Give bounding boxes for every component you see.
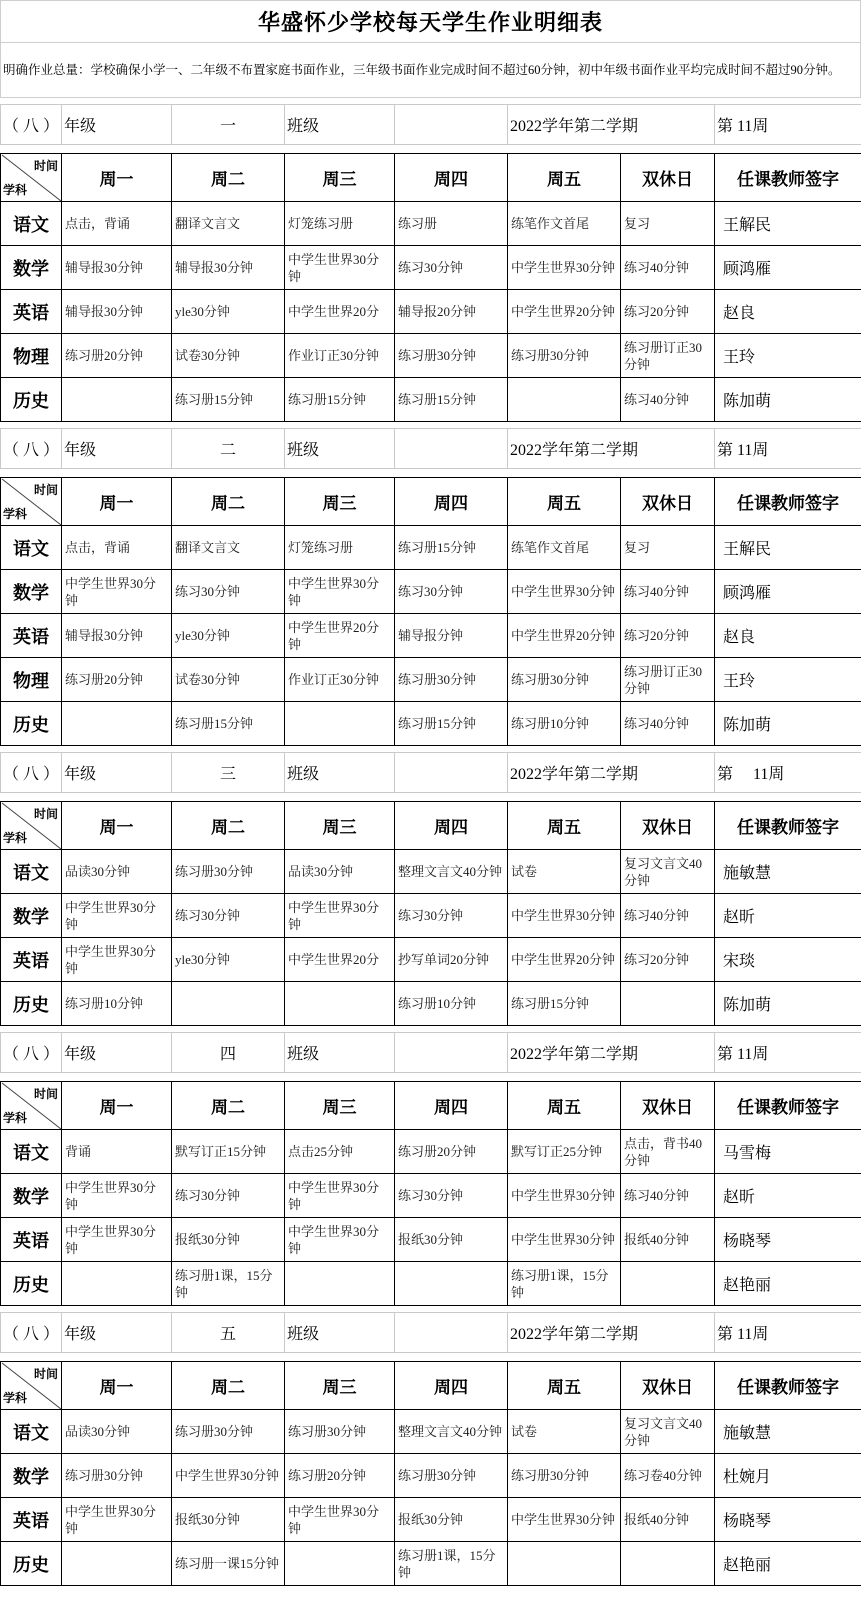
- homework-cell: 默写订正15分钟: [172, 1130, 285, 1174]
- class-number: 四: [172, 1033, 285, 1073]
- table-row: 语文 点击，背诵 翻译文言文 灯笼练习册 练习册15分钟 练笔作文首尾 复习 王…: [1, 526, 861, 570]
- homework-cell: 练习册30分钟: [395, 334, 508, 378]
- col-header-tue: 周二: [172, 478, 285, 526]
- class-info-row: （ 八 ） 年级 一 班级 2022学年第二学期 第 11周: [1, 105, 861, 145]
- homework-cell: 练习30分钟: [395, 1174, 508, 1218]
- col-header-wed: 周三: [285, 478, 395, 526]
- homework-cell: 试卷30分钟: [172, 334, 285, 378]
- homework-cell: 中学生世界20分钟: [285, 614, 395, 658]
- grade-paren: （ 八 ）: [1, 105, 62, 145]
- subject-cell: 英语: [1, 1218, 62, 1262]
- col-header-teacher: 任课教师签字: [715, 1082, 861, 1130]
- subject-cell: 物理: [1, 334, 62, 378]
- grade-paren: （ 八 ）: [1, 1033, 62, 1073]
- homework-cell: 报纸30分钟: [395, 1498, 508, 1542]
- homework-cell: 辅导报30分钟: [172, 246, 285, 290]
- homework-cell: 练习册一课15分钟: [172, 1542, 285, 1586]
- class-info-strip: （ 八 ） 年级 二 班级 2022学年第二学期 第 11周: [0, 428, 861, 469]
- homework-cell: 中学生世界20分钟: [508, 614, 621, 658]
- homework-cell: 报纸30分钟: [395, 1218, 508, 1262]
- teacher-cell: 赵昕: [715, 1174, 861, 1218]
- homework-cell: 练习册20分钟: [62, 658, 172, 702]
- rows-host: 语文 点击，背诵 翻译文言文 灯笼练习册 练习册 练笔作文首尾 复习 王解民 数…: [1, 202, 861, 422]
- col-header-tue: 周二: [172, 1362, 285, 1410]
- col-header-mon: 周一: [62, 154, 172, 202]
- semester-label: 2022学年第二学期: [508, 1313, 715, 1353]
- table-row: 历史 练习册一课15分钟 练习册1课，15分钟 赵艳丽: [1, 1542, 861, 1586]
- homework-cell: 练习20分钟: [621, 938, 715, 982]
- subject-cell: 数学: [1, 1174, 62, 1218]
- header-row: 时间 学科 周一 周二 周三 周四 周五 双休日 任课教师签字: [1, 1082, 861, 1130]
- homework-cell: 中学生世界30分钟: [285, 246, 395, 290]
- homework-cell: 抄写单词20分钟: [395, 938, 508, 982]
- title-row: 华盛怀少学校每天学生作业明细表: [0, 0, 861, 42]
- homework-cell: 练习册: [395, 202, 508, 246]
- homework-cell: 点击，背书40分钟: [621, 1130, 715, 1174]
- homework-cell: 中学生世界30分钟: [62, 1218, 172, 1262]
- table-row: 数学 中学生世界30分钟 练习30分钟 中学生世界30分钟 练习30分钟 中学生…: [1, 894, 861, 938]
- rows-host: 语文 背诵 默写订正15分钟 点击25分钟 练习册20分钟 默写订正25分钟 点…: [1, 1130, 861, 1306]
- subject-cell: 英语: [1, 290, 62, 334]
- class-number: 一: [172, 105, 285, 145]
- teacher-cell: 顾鸿雁: [715, 246, 861, 290]
- homework-cell: 灯笼练习册: [285, 202, 395, 246]
- homework-cell: 中学生世界30分钟: [62, 894, 172, 938]
- homework-cell: 练习30分钟: [172, 1174, 285, 1218]
- homework-cell: 中学生世界30分钟: [508, 1218, 621, 1262]
- corner-time-label: 时间: [34, 805, 58, 822]
- homework-cell: 翻译文言文: [172, 202, 285, 246]
- col-header-teacher: 任课教师签字: [715, 478, 861, 526]
- homework-cell: [285, 1542, 395, 1586]
- class-number: 五: [172, 1313, 285, 1353]
- col-header-thu: 周四: [395, 802, 508, 850]
- homework-cell: 练习40分钟: [621, 702, 715, 746]
- teacher-cell: 杨晓琴: [715, 1218, 861, 1262]
- subject-cell: 英语: [1, 1498, 62, 1542]
- homework-cell: 练习册10分钟: [395, 982, 508, 1026]
- table-row: 语文 品读30分钟 练习册30分钟 练习册30分钟 整理文言文40分钟 试卷 复…: [1, 1410, 861, 1454]
- table-row: 语文 点击，背诵 翻译文言文 灯笼练习册 练习册 练笔作文首尾 复习 王解民: [1, 202, 861, 246]
- homework-cell: [285, 982, 395, 1026]
- homework-cell: [62, 702, 172, 746]
- homework-cell: 练习册30分钟: [395, 1454, 508, 1498]
- homework-table: 时间 学科 周一 周二 周三 周四 周五 双休日 任课教师签字 语文 品读30分…: [0, 1361, 861, 1586]
- class-label: 班级: [285, 105, 395, 145]
- teacher-cell: 赵良: [715, 290, 861, 334]
- homework-cell: 练习册30分钟: [62, 1454, 172, 1498]
- col-header-teacher: 任课教师签字: [715, 1362, 861, 1410]
- teacher-cell: 杜婉月: [715, 1454, 861, 1498]
- semester-label: 2022学年第二学期: [508, 429, 715, 469]
- class-section: （ 八 ） 年级 三 班级 2022学年第二学期 第 11周: [0, 752, 861, 1026]
- homework-cell: 辅导报30分钟: [62, 246, 172, 290]
- homework-cell: 品读30分钟: [285, 850, 395, 894]
- header-row: 时间 学科 周一 周二 周三 周四 周五 双休日 任课教师签字: [1, 1362, 861, 1410]
- week-label: 第 11周: [715, 1313, 861, 1353]
- subject-cell: 语文: [1, 202, 62, 246]
- homework-cell: 中学生世界30分钟: [508, 894, 621, 938]
- rows-host: 语文 点击，背诵 翻译文言文 灯笼练习册 练习册15分钟 练笔作文首尾 复习 王…: [1, 526, 861, 746]
- subject-cell: 历史: [1, 1262, 62, 1306]
- grade-label: 年级: [62, 1033, 172, 1073]
- teacher-cell: 顾鸿雁: [715, 570, 861, 614]
- table-row: 英语 辅导报30分钟 yle30分钟 中学生世界20分钟 辅导报分钟 中学生世界…: [1, 614, 861, 658]
- subject-cell: 历史: [1, 1542, 62, 1586]
- table-row: 语文 背诵 默写订正15分钟 点击25分钟 练习册20分钟 默写订正25分钟 点…: [1, 1130, 861, 1174]
- table-row: 物理 练习册20分钟 试卷30分钟 作业订正30分钟 练习册30分钟 练习册30…: [1, 658, 861, 702]
- homework-cell: 点击，背诵: [62, 526, 172, 570]
- col-header-teacher: 任课教师签字: [715, 802, 861, 850]
- grade-label: 年级: [62, 1313, 172, 1353]
- col-header-fri: 周五: [508, 478, 621, 526]
- subject-cell: 语文: [1, 526, 62, 570]
- teacher-cell: 陈加萌: [715, 378, 861, 422]
- homework-cell: 点击25分钟: [285, 1130, 395, 1174]
- col-header-mon: 周一: [62, 1362, 172, 1410]
- col-header-weekend: 双休日: [621, 478, 715, 526]
- homework-cell: 练习册15分钟: [395, 378, 508, 422]
- homework-cell: 复习: [621, 526, 715, 570]
- homework-cell: [62, 378, 172, 422]
- table-row: 英语 中学生世界30分钟 yle30分钟 中学生世界20分 抄写单词20分钟 中…: [1, 938, 861, 982]
- homework-cell: 中学生世界30分钟: [508, 570, 621, 614]
- teacher-cell: 王解民: [715, 526, 861, 570]
- grade-label: 年级: [62, 105, 172, 145]
- class-label: 班级: [285, 429, 395, 469]
- col-header-mon: 周一: [62, 802, 172, 850]
- class-info-strip: （ 八 ） 年级 五 班级 2022学年第二学期 第 11周: [0, 1312, 861, 1353]
- homework-cell: 点击，背诵: [62, 202, 172, 246]
- homework-cell: [621, 982, 715, 1026]
- homework-cell: 练习40分钟: [621, 246, 715, 290]
- homework-cell: 灯笼练习册: [285, 526, 395, 570]
- teacher-cell: 宋琰: [715, 938, 861, 982]
- semester-label: 2022学年第二学期: [508, 105, 715, 145]
- homework-cell: 练习册30分钟: [395, 658, 508, 702]
- homework-cell: 报纸40分钟: [621, 1498, 715, 1542]
- subject-cell: 英语: [1, 938, 62, 982]
- homework-cell: 背诵: [62, 1130, 172, 1174]
- homework-cell: 中学生世界30分钟: [508, 246, 621, 290]
- subject-cell: 语文: [1, 1130, 62, 1174]
- corner-time-label: 时间: [34, 1085, 58, 1102]
- header-row: 时间 学科 周一 周二 周三 周四 周五 双休日 任课教师签字: [1, 154, 861, 202]
- homework-cell: 练习30分钟: [395, 894, 508, 938]
- homework-cell: 练习册30分钟: [172, 1410, 285, 1454]
- class-label: 班级: [285, 1033, 395, 1073]
- table-row: 英语 辅导报30分钟 yle30分钟 中学生世界20分 辅导报20分钟 中学生世…: [1, 290, 861, 334]
- teacher-cell: 马雪梅: [715, 1130, 861, 1174]
- homework-cell: 报纸30分钟: [172, 1498, 285, 1542]
- homework-cell: 练习册30分钟: [508, 1454, 621, 1498]
- note-text: 明确作业总量：学校确保小学一、二年级不布置家庭书面作业，三年级书面作业完成时间不…: [3, 63, 841, 78]
- subject-cell: 数学: [1, 570, 62, 614]
- homework-cell: 练习册10分钟: [508, 702, 621, 746]
- homework-cell: 练习册15分钟: [395, 526, 508, 570]
- class-number: 三: [172, 753, 285, 793]
- homework-cell: [62, 1262, 172, 1306]
- grade-label: 年级: [62, 429, 172, 469]
- homework-cell: 练习40分钟: [621, 570, 715, 614]
- homework-cell: 作业订正30分钟: [285, 658, 395, 702]
- homework-cell: yle30分钟: [172, 614, 285, 658]
- col-header-thu: 周四: [395, 1362, 508, 1410]
- homework-cell: 中学生世界30分钟: [508, 1174, 621, 1218]
- grade-paren: （ 八 ）: [1, 429, 62, 469]
- col-header-wed: 周三: [285, 1082, 395, 1130]
- page-title: 华盛怀少学校每天学生作业明细表: [258, 6, 603, 37]
- class-info-strip: （ 八 ） 年级 四 班级 2022学年第二学期 第 11周: [0, 1032, 861, 1073]
- table-row: 数学 中学生世界30分钟 练习30分钟 中学生世界30分钟 练习30分钟 中学生…: [1, 570, 861, 614]
- homework-cell: 中学生世界30分钟: [285, 894, 395, 938]
- teacher-cell: 陈加萌: [715, 982, 861, 1026]
- subject-cell: 历史: [1, 702, 62, 746]
- subject-cell: 语文: [1, 850, 62, 894]
- subject-cell: 数学: [1, 1454, 62, 1498]
- homework-cell: [172, 982, 285, 1026]
- table-row: 历史 练习册10分钟 练习册10分钟 练习册15分钟 陈加萌: [1, 982, 861, 1026]
- week-label: 第 11周: [715, 429, 861, 469]
- homework-cell: 练习册15分钟: [285, 378, 395, 422]
- homework-cell: 练习册30分钟: [172, 850, 285, 894]
- homework-cell: [62, 1542, 172, 1586]
- homework-cell: 辅导报30分钟: [62, 614, 172, 658]
- homework-cell: 试卷: [508, 1410, 621, 1454]
- subject-cell: 语文: [1, 1410, 62, 1454]
- class-number: 二: [172, 429, 285, 469]
- teacher-cell: 王玲: [715, 334, 861, 378]
- homework-cell: 练习册15分钟: [395, 702, 508, 746]
- homework-cell: 报纸40分钟: [621, 1218, 715, 1262]
- col-header-mon: 周一: [62, 1082, 172, 1130]
- col-header-thu: 周四: [395, 478, 508, 526]
- homework-cell: 练习20分钟: [621, 290, 715, 334]
- homework-cell: 练习册15分钟: [172, 702, 285, 746]
- class-section: （ 八 ） 年级 四 班级 2022学年第二学期 第 11周: [0, 1032, 861, 1306]
- class-label: 班级: [285, 1313, 395, 1353]
- homework-cell: yle30分钟: [172, 938, 285, 982]
- semester-label: 2022学年第二学期: [508, 1033, 715, 1073]
- class-number-blank: [395, 105, 508, 145]
- homework-cell: 练习30分钟: [395, 246, 508, 290]
- class-info-row: （ 八 ） 年级 五 班级 2022学年第二学期 第 11周: [1, 1313, 861, 1353]
- week-label: 第 11周: [715, 753, 861, 793]
- col-header-tue: 周二: [172, 1082, 285, 1130]
- homework-cell: 复习文言文40分钟: [621, 850, 715, 894]
- homework-cell: 试卷30分钟: [172, 658, 285, 702]
- homework-cell: 练习册15分钟: [508, 982, 621, 1026]
- homework-cell: 练习册1课，15分钟: [395, 1542, 508, 1586]
- homework-cell: 练习20分钟: [621, 614, 715, 658]
- table-row: 英语 中学生世界30分钟 报纸30分钟 中学生世界30分钟 报纸30分钟 中学生…: [1, 1498, 861, 1542]
- homework-cell: 中学生世界30分钟: [172, 1454, 285, 1498]
- homework-cell: 辅导报30分钟: [62, 290, 172, 334]
- header-row: 时间 学科 周一 周二 周三 周四 周五 双休日 任课教师签字: [1, 478, 861, 526]
- homework-cell: 中学生世界30分钟: [62, 570, 172, 614]
- homework-cell: 练笔作文首尾: [508, 526, 621, 570]
- teacher-cell: 赵良: [715, 614, 861, 658]
- homework-cell: 复习: [621, 202, 715, 246]
- teacher-cell: 杨晓琴: [715, 1498, 861, 1542]
- corner-cell: 时间 学科: [1, 478, 62, 526]
- homework-cell: 辅导报20分钟: [395, 290, 508, 334]
- corner-time-label: 时间: [34, 1365, 58, 1382]
- homework-cell: 整理文言文40分钟: [395, 850, 508, 894]
- table-row: 历史 练习册1课，15分钟 练习册1课，15分钟 赵艳丽: [1, 1262, 861, 1306]
- homework-cell: 整理文言文40分钟: [395, 1410, 508, 1454]
- homework-cell: 练习册订正30分钟: [621, 334, 715, 378]
- rows-host: 语文 品读30分钟 练习册30分钟 品读30分钟 整理文言文40分钟 试卷 复习…: [1, 850, 861, 1026]
- col-header-fri: 周五: [508, 1082, 621, 1130]
- col-header-teacher: 任课教师签字: [715, 154, 861, 202]
- homework-cell: 中学生世界30分钟: [508, 1498, 621, 1542]
- corner-subject-label: 学科: [3, 181, 27, 198]
- homework-cell: [508, 378, 621, 422]
- class-info-strip: （ 八 ） 年级 一 班级 2022学年第二学期 第 11周: [0, 104, 861, 145]
- homework-cell: 练习30分钟: [172, 894, 285, 938]
- homework-cell: [285, 1262, 395, 1306]
- corner-cell: 时间 学科: [1, 1082, 62, 1130]
- homework-cell: 练习册1课，15分钟: [508, 1262, 621, 1306]
- homework-cell: 中学生世界30分钟: [285, 1218, 395, 1262]
- teacher-cell: 王解民: [715, 202, 861, 246]
- homework-cell: 练习册20分钟: [62, 334, 172, 378]
- semester-label: 2022学年第二学期: [508, 753, 715, 793]
- homework-cell: 练习册订正30分钟: [621, 658, 715, 702]
- col-header-thu: 周四: [395, 154, 508, 202]
- corner-time-label: 时间: [34, 157, 58, 174]
- grade-label: 年级: [62, 753, 172, 793]
- subject-cell: 英语: [1, 614, 62, 658]
- class-info-row: （ 八 ） 年级 四 班级 2022学年第二学期 第 11周: [1, 1033, 861, 1073]
- teacher-cell: 王玲: [715, 658, 861, 702]
- class-number-blank: [395, 429, 508, 469]
- homework-cell: 品读30分钟: [62, 1410, 172, 1454]
- corner-subject-label: 学科: [3, 1109, 27, 1126]
- class-label: 班级: [285, 753, 395, 793]
- homework-cell: 中学生世界20分: [285, 938, 395, 982]
- homework-cell: 作业订正30分钟: [285, 334, 395, 378]
- table-row: 英语 中学生世界30分钟 报纸30分钟 中学生世界30分钟 报纸30分钟 中学生…: [1, 1218, 861, 1262]
- homework-cell: 练习册30分钟: [285, 1410, 395, 1454]
- homework-cell: 练笔作文首尾: [508, 202, 621, 246]
- teacher-cell: 赵昕: [715, 894, 861, 938]
- homework-cell: 中学生世界30分钟: [285, 570, 395, 614]
- homework-cell: 中学生世界30分钟: [285, 1174, 395, 1218]
- homework-cell: 品读30分钟: [62, 850, 172, 894]
- note-row: 明确作业总量：学校确保小学一、二年级不布置家庭书面作业，三年级书面作业完成时间不…: [0, 42, 861, 98]
- homework-cell: 辅导报分钟: [395, 614, 508, 658]
- table-row: 数学 辅导报30分钟 辅导报30分钟 中学生世界30分钟 练习30分钟 中学生世…: [1, 246, 861, 290]
- table-row: 历史 练习册15分钟 练习册15分钟 练习册10分钟 练习40分钟 陈加萌: [1, 702, 861, 746]
- col-header-wed: 周三: [285, 154, 395, 202]
- subject-cell: 物理: [1, 658, 62, 702]
- col-header-weekend: 双休日: [621, 802, 715, 850]
- col-header-fri: 周五: [508, 154, 621, 202]
- subject-cell: 数学: [1, 894, 62, 938]
- col-header-fri: 周五: [508, 802, 621, 850]
- teacher-cell: 赵艳丽: [715, 1542, 861, 1586]
- homework-cell: 中学生世界20分钟: [508, 938, 621, 982]
- corner-cell: 时间 学科: [1, 802, 62, 850]
- homework-cell: 中学生世界30分钟: [62, 1174, 172, 1218]
- homework-cell: 中学生世界30分钟: [62, 1498, 172, 1542]
- table-row: 数学 练习册30分钟 中学生世界30分钟 练习册20分钟 练习册30分钟 练习册…: [1, 1454, 861, 1498]
- corner-cell: 时间 学科: [1, 1362, 62, 1410]
- sections-host: （ 八 ） 年级 一 班级 2022学年第二学期 第 11周: [0, 104, 861, 1586]
- grade-paren: （ 八 ）: [1, 1313, 62, 1353]
- homework-cell: 练习册10分钟: [62, 982, 172, 1026]
- header-row: 时间 学科 周一 周二 周三 周四 周五 双休日 任课教师签字: [1, 802, 861, 850]
- homework-cell: 练习册15分钟: [172, 378, 285, 422]
- class-section: （ 八 ） 年级 五 班级 2022学年第二学期 第 11周: [0, 1312, 861, 1586]
- homework-cell: [621, 1542, 715, 1586]
- homework-cell: yle30分钟: [172, 290, 285, 334]
- teacher-cell: 施敏慧: [715, 850, 861, 894]
- homework-cell: [285, 702, 395, 746]
- subject-cell: 历史: [1, 378, 62, 422]
- homework-cell: 练习30分钟: [395, 570, 508, 614]
- subject-cell: 历史: [1, 982, 62, 1026]
- class-section: （ 八 ） 年级 二 班级 2022学年第二学期 第 11周: [0, 428, 861, 746]
- homework-cell: 中学生世界30分钟: [285, 1498, 395, 1542]
- table-row: 物理 练习册20分钟 试卷30分钟 作业订正30分钟 练习册30分钟 练习册30…: [1, 334, 861, 378]
- table-row: 语文 品读30分钟 练习册30分钟 品读30分钟 整理文言文40分钟 试卷 复习…: [1, 850, 861, 894]
- class-number-blank: [395, 1313, 508, 1353]
- homework-cell: [395, 1262, 508, 1306]
- homework-cell: 报纸30分钟: [172, 1218, 285, 1262]
- col-header-tue: 周二: [172, 802, 285, 850]
- week-label: 第 11周: [715, 105, 861, 145]
- rows-host: 语文 品读30分钟 练习册30分钟 练习册30分钟 整理文言文40分钟 试卷 复…: [1, 1410, 861, 1586]
- homework-cell: [508, 1542, 621, 1586]
- homework-table: 时间 学科 周一 周二 周三 周四 周五 双休日 任课教师签字 语文 背诵 默写…: [0, 1081, 861, 1306]
- corner-cell: 时间 学科: [1, 154, 62, 202]
- col-header-weekend: 双休日: [621, 154, 715, 202]
- homework-cell: 练习卷40分钟: [621, 1454, 715, 1498]
- corner-time-label: 时间: [34, 481, 58, 498]
- homework-cell: 练习30分钟: [172, 570, 285, 614]
- homework-cell: 默写订正25分钟: [508, 1130, 621, 1174]
- class-number-blank: [395, 1033, 508, 1073]
- class-number-blank: [395, 753, 508, 793]
- col-header-weekend: 双休日: [621, 1082, 715, 1130]
- homework-table: 时间 学科 周一 周二 周三 周四 周五 双休日 任课教师签字 语文 品读30分…: [0, 801, 861, 1026]
- col-header-wed: 周三: [285, 1362, 395, 1410]
- col-header-weekend: 双休日: [621, 1362, 715, 1410]
- homework-table: 时间 学科 周一 周二 周三 周四 周五 双休日 任课教师签字 语文 点击，背诵…: [0, 477, 861, 746]
- col-header-mon: 周一: [62, 478, 172, 526]
- homework-cell: 复习文言文40分钟: [621, 1410, 715, 1454]
- class-info-row: （ 八 ） 年级 三 班级 2022学年第二学期 第 11周: [1, 753, 861, 793]
- corner-subject-label: 学科: [3, 505, 27, 522]
- teacher-cell: 赵艳丽: [715, 1262, 861, 1306]
- homework-cell: 练习册30分钟: [508, 658, 621, 702]
- homework-cell: 练习40分钟: [621, 378, 715, 422]
- homework-cell: 翻译文言文: [172, 526, 285, 570]
- homework-cell: 练习册1课，15分钟: [172, 1262, 285, 1306]
- corner-subject-label: 学科: [3, 829, 27, 846]
- homework-cell: 练习册20分钟: [285, 1454, 395, 1498]
- corner-subject-label: 学科: [3, 1389, 27, 1406]
- week-label: 第 11周: [715, 1033, 861, 1073]
- teacher-cell: 施敏慧: [715, 1410, 861, 1454]
- homework-cell: 中学生世界20分: [285, 290, 395, 334]
- col-header-thu: 周四: [395, 1082, 508, 1130]
- homework-table: 时间 学科 周一 周二 周三 周四 周五 双休日 任课教师签字 语文 点击，背诵…: [0, 153, 861, 422]
- table-row: 数学 中学生世界30分钟 练习30分钟 中学生世界30分钟 练习30分钟 中学生…: [1, 1174, 861, 1218]
